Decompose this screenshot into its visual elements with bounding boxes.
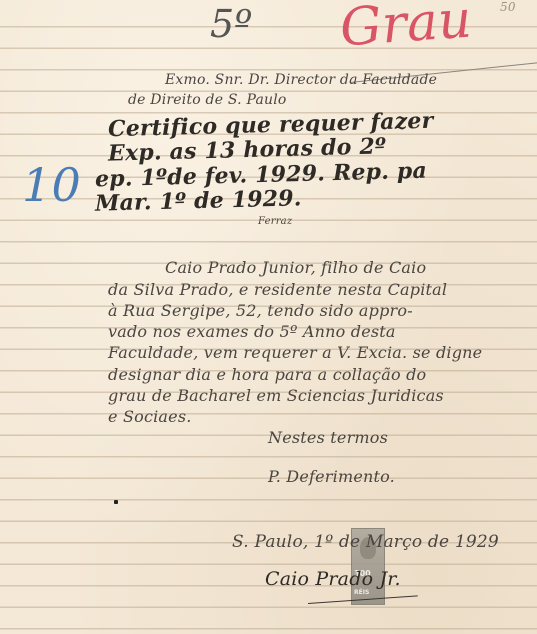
stamp-label: RÉIS xyxy=(354,589,369,596)
body-line-3: à Rua Sergipe, 52, tendo sido appro- xyxy=(108,301,413,320)
signature: Caio Prado Jr. xyxy=(265,568,401,590)
body-line-2: da Silva Prado, e residente nesta Capita… xyxy=(108,280,447,299)
body-line-5: Faculdade, vem requerer a V. Excia. se d… xyxy=(108,343,482,362)
red-annotation: Grau xyxy=(338,0,474,59)
body-line-7: grau de Bacharel em Sciencias Juridicas xyxy=(108,386,444,405)
document-page: 50 5º Grau Exmo. Snr. Dr. Director da Fa… xyxy=(0,0,537,634)
address-line-1: Exmo. Snr. Dr. Director da Faculdade xyxy=(165,72,437,88)
closing-line-1: Nestes termos xyxy=(268,428,388,447)
page-number: 50 xyxy=(500,0,516,14)
body-line-1: Caio Prado Junior, filho de Caio xyxy=(165,258,426,277)
address-line-2: de Direito de S. Paulo xyxy=(128,92,287,108)
body-line-8: e Sociaes. xyxy=(108,407,192,426)
body-line-4: vado nos exames do 5º Anno desta xyxy=(108,322,396,341)
blue-number: 10 xyxy=(22,158,81,212)
dispatch-line-4: Mar. 1º de 1929. xyxy=(95,185,302,216)
header-mark: 5º xyxy=(210,2,252,46)
body-line-6: designar dia e hora para a collação do xyxy=(108,365,426,384)
place-date: S. Paulo, 1º de Março de 1929 xyxy=(232,532,499,552)
ink-dot xyxy=(114,500,118,504)
closing-line-2: P. Deferimento. xyxy=(268,467,395,486)
dispatch-initial: Ferraz xyxy=(258,216,292,227)
